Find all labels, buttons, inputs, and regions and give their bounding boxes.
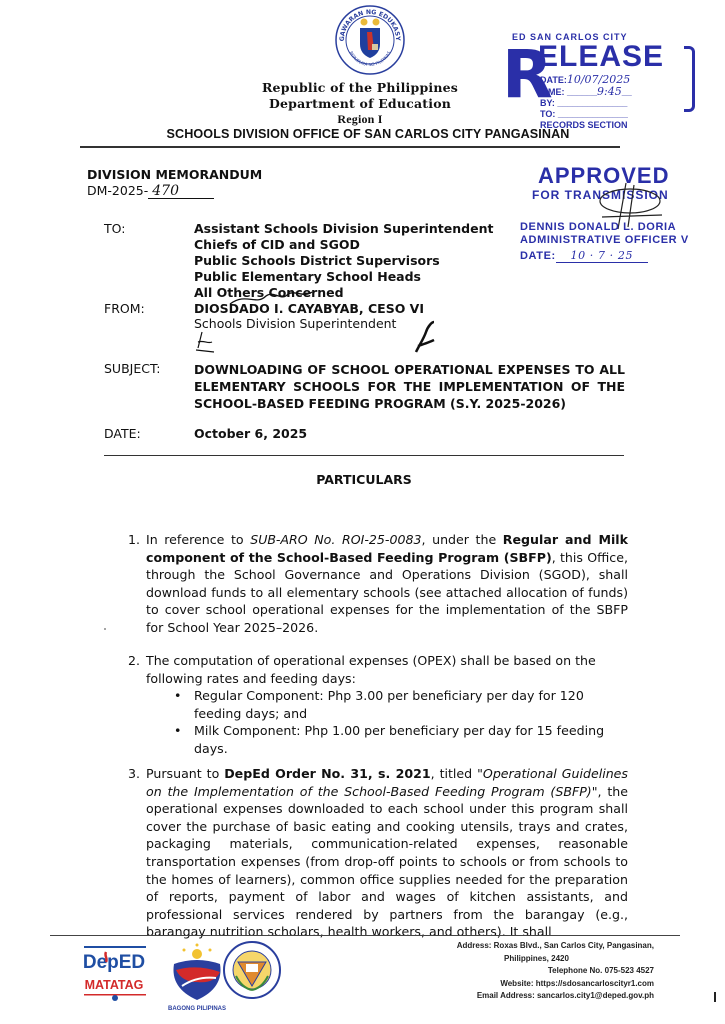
paragraph-text: In reference to bbox=[146, 532, 250, 547]
bullet-icon: • bbox=[174, 722, 181, 740]
memo-number-handwritten: 470 bbox=[148, 184, 214, 199]
paragraph-text: Pursuant to bbox=[146, 766, 224, 781]
release-time-value: 9:45 bbox=[597, 85, 622, 98]
deped-seal-logo: KAGAWARAN NG EDUKASYON REPUBLIKA NG PILI… bbox=[334, 4, 406, 76]
approver-position: ADMINISTRATIVE OFFICER V bbox=[520, 234, 689, 246]
sdo-san-carlos-seal bbox=[222, 940, 282, 1000]
list-item-text: Regular Component: Php 3.00 per benefici… bbox=[194, 688, 584, 721]
released-stamp: ED SAN CARLOS CITY R ELEASE DATE:10/07/2… bbox=[500, 28, 700, 132]
subject-label: SUBJECT: bbox=[104, 361, 160, 376]
paragraph-text: , titled bbox=[431, 766, 477, 781]
recipient: Public Schools District Supervisors bbox=[194, 253, 493, 269]
approved-date-value: 10 · 7 · 25 bbox=[556, 249, 648, 263]
from-label: FROM: bbox=[104, 301, 145, 316]
paragraph-text: The computation of operational expenses … bbox=[146, 652, 628, 687]
sender-name: DIOSDADO I. CAYABYAB, CESO VI bbox=[194, 301, 424, 316]
list-item: •Milk Component: Php 1.00 per beneficiar… bbox=[194, 722, 628, 757]
deped-order-reference: DepEd Order No. 31, s. 2021 bbox=[224, 766, 430, 781]
bagong-pilipinas-text: BAGONG PILIPINAS bbox=[168, 1006, 226, 1012]
paragraph-2: 2. The computation of operational expens… bbox=[128, 652, 628, 758]
telephone: Telephone No. 075-523 4527 bbox=[440, 965, 654, 978]
reference-number: SUB-ARO No. ROI-25-0083 bbox=[250, 532, 421, 547]
release-to-label: TO: bbox=[540, 109, 555, 119]
bullet-icon: • bbox=[174, 687, 181, 705]
initials-mark-icon bbox=[414, 320, 436, 354]
paragraph-text: , the operational expenses downloaded to… bbox=[146, 784, 628, 940]
section-divider bbox=[104, 455, 624, 456]
approved-date-label: DATE: bbox=[520, 250, 556, 262]
deped-matatag-logo: DepED MATATAG bbox=[82, 944, 150, 1004]
rates-list: •Regular Component: Php 3.00 per benefic… bbox=[128, 687, 628, 757]
approver-name: DENNIS DONALD L. DORIA bbox=[520, 221, 676, 233]
paragraph-3: 3. Pursuant to DepEd Order No. 31, s. 20… bbox=[128, 765, 628, 941]
release-time-label: TIME: bbox=[540, 87, 565, 97]
subject-line: DOWNLOADING OF SCHOOL OPERATIONAL EXPENS… bbox=[194, 361, 625, 378]
header-divider bbox=[80, 146, 620, 148]
office-contact-info: Address: Roxas Blvd., San Carlos City, P… bbox=[440, 940, 654, 1003]
recipient: Assistant Schools Division Superintenden… bbox=[194, 221, 493, 237]
list-item: •Regular Component: Php 3.00 per benefic… bbox=[194, 687, 628, 722]
to-label: TO: bbox=[104, 221, 125, 236]
release-by-label: BY: bbox=[540, 98, 555, 108]
page-mark bbox=[714, 992, 716, 1002]
matatag-logo-text: MATATAG bbox=[85, 978, 144, 992]
memo-number: DM-2025-470 bbox=[87, 183, 214, 199]
released-stamp-bracket bbox=[684, 46, 695, 112]
paragraph-1: 1. In reference to SUB-ARO No. ROI-25-00… bbox=[128, 531, 628, 637]
memo-date: October 6, 2025 bbox=[194, 426, 307, 441]
memo-number-prefix: DM-2025- bbox=[87, 183, 148, 198]
sender-position: Schools Division Superintendent bbox=[194, 316, 396, 331]
paragraph-number: 2. bbox=[128, 652, 140, 670]
release-section: RECORDS SECTION bbox=[540, 120, 632, 131]
released-stamp-fields: DATE:10/07/2025 TIME: ______9:45__ BY: _… bbox=[540, 74, 632, 131]
email-link[interactable]: Email Address: sancarlos.city1@deped.gov… bbox=[440, 990, 654, 1003]
paragraph-number: 3. bbox=[128, 765, 140, 783]
date-label: DATE: bbox=[104, 426, 141, 441]
memo-type: DIVISION MEMORANDUM bbox=[87, 167, 262, 182]
particulars-heading: PARTICULARS bbox=[104, 472, 624, 487]
initials-mark-icon bbox=[194, 330, 218, 354]
recipient: Public Elementary School Heads bbox=[194, 269, 493, 285]
paragraph-number: 1. bbox=[128, 531, 140, 549]
list-item-text: Milk Component: Php 1.00 per beneficiary… bbox=[194, 723, 604, 756]
released-stamp-title: ELEASE bbox=[538, 42, 664, 72]
deped-logo-text: DepED bbox=[83, 952, 145, 973]
subject: DOWNLOADING OF SCHOOL OPERATIONAL EXPENS… bbox=[194, 361, 625, 412]
recipient: Chiefs of CID and SGOD bbox=[194, 237, 493, 253]
subject-line: ELEMENTARY SCHOOLS FOR THE IMPLEMENTATIO… bbox=[194, 378, 625, 395]
release-date-label: DATE: bbox=[540, 75, 567, 85]
address-line: Philippines, 2420 bbox=[440, 953, 654, 966]
footer-divider bbox=[50, 935, 680, 936]
approved-stamp: APPROVED FOR TRANSMISSION DENNIS DONALD … bbox=[520, 163, 720, 273]
address-line: Address: Roxas Blvd., San Carlos City, P… bbox=[440, 940, 654, 953]
paragraph-text: , under the bbox=[422, 532, 503, 547]
scan-speck bbox=[104, 628, 106, 630]
subject-line: SCHOOL-BASED FEEDING PROGRAM (S.Y. 2025-… bbox=[194, 396, 566, 411]
website-link[interactable]: Website: https://sdosancarloscityr1.com bbox=[440, 978, 654, 991]
